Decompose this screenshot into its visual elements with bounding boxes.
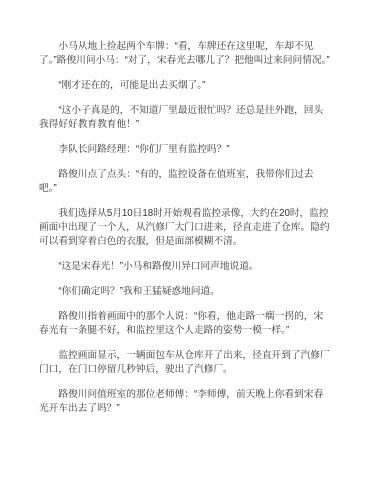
paragraph: 路俊川点了点头：“有的，监控设备在值班室，我带你们过去吧。” <box>39 168 331 197</box>
paragraph: “这小子真是的，不知道厂里最近很忙吗？还总是往外跑，回头我得好好教育教育他！” <box>39 104 331 133</box>
paragraph: “你们确定吗？”我和王猛疑惑地问道。 <box>39 285 331 299</box>
paragraph: “刚才还在的，可能是出去买烟了。” <box>39 79 331 93</box>
paragraph: 小马从地上捡起两个车牌：“看，车牌还在这里呢，车却不见了。”路俊川问小马：“对了… <box>39 40 331 69</box>
paragraph: 我们选择从5月10日18时开始观看监控录像，大约在20时，监控画面中出现了一个人… <box>39 207 331 250</box>
paragraph: 李队长问路经理：“你们厂里有监控吗？” <box>39 143 331 157</box>
paragraph: “这是宋春光！”小马和路俊川异口同声地说道。 <box>39 260 331 274</box>
paragraph: 监控画面显示，一辆面包车从仓库开了出来，径直开到了汽修厂门口，在门口停留几秒钟后… <box>39 349 331 378</box>
paragraph: 路俊川指着画面中的那个人说：“你看，他走路一瘸一拐的，宋春光有一条腿不好，和监控… <box>39 310 331 339</box>
book-page: 小马从地上捡起两个车牌：“看，车牌还在这里呢，车却不见了。”路俊川问小马：“对了… <box>0 0 370 480</box>
page-content: 小马从地上捡起两个车牌：“看，车牌还在这里呢，车却不见了。”路俊川问小马：“对了… <box>39 40 331 417</box>
paragraph: 路俊川问值班室的那位老师傅：“李师傅，前天晚上你看到宋春光开车出去了吗？” <box>39 388 331 417</box>
